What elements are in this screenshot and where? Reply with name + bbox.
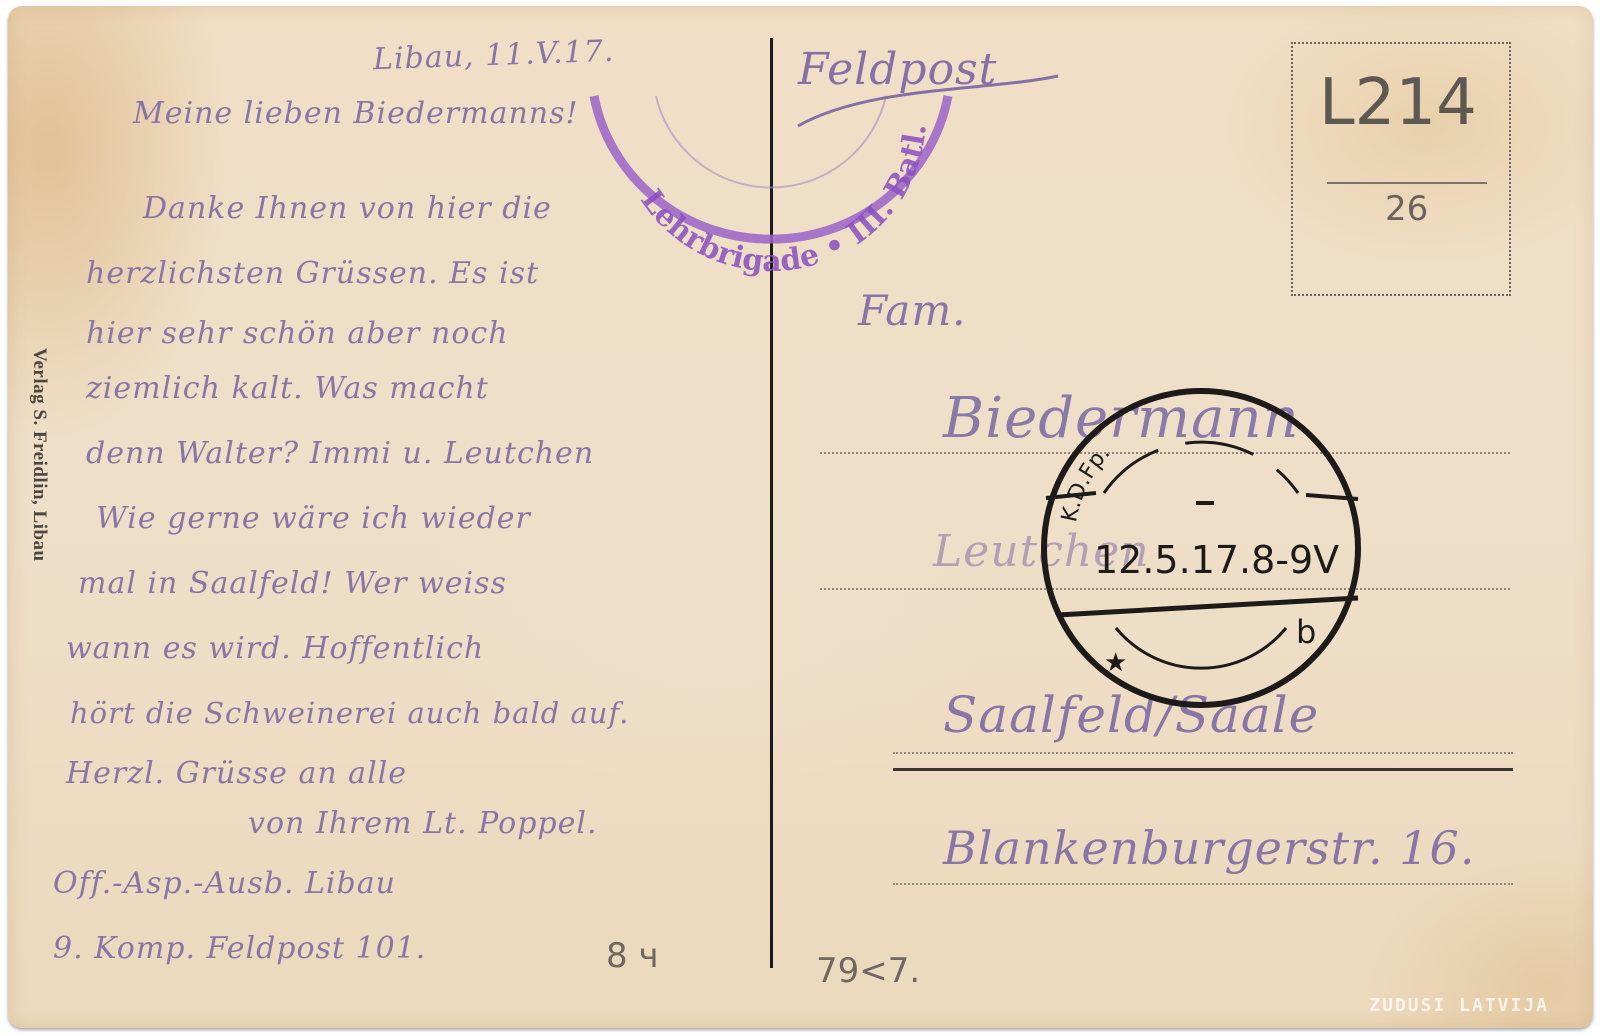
message-line: hier sehr schön aber noch [86, 316, 509, 351]
svg-text:Lehrbrigade • III. Batl.: Lehrbrigade • III. Batl. [633, 122, 933, 279]
address-line-dotted [893, 752, 1513, 754]
message-line: herzlichsten Grüssen. Es ist [86, 256, 539, 291]
message-line: hört die Schweinerei auch bald auf. [70, 696, 629, 730]
message-line: Herzl. Grüsse an alle [66, 756, 407, 791]
message-line: denn Walter? Immi u. Leutchen [86, 436, 594, 471]
pencil-fraction-bar [1327, 182, 1487, 184]
pencil-note-sub: 26 [1385, 189, 1428, 229]
svg-text:K.D.Fp.: K.D.Fp. [1057, 441, 1115, 525]
address-street: Blankenburgerstr. 16. [943, 821, 1475, 875]
message-salutation: Meine lieben Biedermanns! [133, 96, 579, 131]
address-salutation: Fam. [858, 286, 967, 335]
feldpost-underline-icon [788, 66, 1068, 136]
watermark: ZUDUSI LATVIJA [1369, 995, 1549, 1016]
postmark-star: ★ [1104, 648, 1127, 678]
stamp-area: L214 26 [1291, 42, 1511, 296]
postcard: Verlag S. Freidlin, Libau Libau, 11.V.17… [8, 6, 1593, 1028]
pencil-note-bottom-left: 8 ч [606, 936, 659, 976]
sender-line-1: Off.-Asp.-Ausb. Libau [53, 866, 396, 901]
pencil-note-main: L214 [1319, 66, 1477, 140]
message-line: wann es wird. Hoffentlich [66, 631, 484, 666]
pencil-note-bottom-center: 79<7. [816, 951, 920, 991]
publisher-imprint: Verlag S. Freidlin, Libau [28, 348, 50, 668]
postmark-letter: b [1296, 613, 1316, 651]
postmark-date: 12.5.17.8-9V [1094, 538, 1339, 582]
sender-line-2: 9. Komp. Feldpost 101. [53, 931, 426, 966]
postmark-icon: K.D.Fp. 12.5.17.8-9V b ★ [1036, 383, 1366, 713]
message-line: Wie gerne wäre ich wieder [96, 501, 531, 536]
message-line: mal in Saalfeld! Wer weiss [78, 566, 507, 601]
message-line: Danke Ihnen von hier die [143, 191, 552, 226]
address-line-dotted [893, 883, 1513, 885]
address-line-solid [893, 768, 1513, 771]
message-closing: von Ihrem Lt. Poppel. [248, 806, 598, 841]
message-line: ziemlich kalt. Was macht [86, 371, 489, 406]
